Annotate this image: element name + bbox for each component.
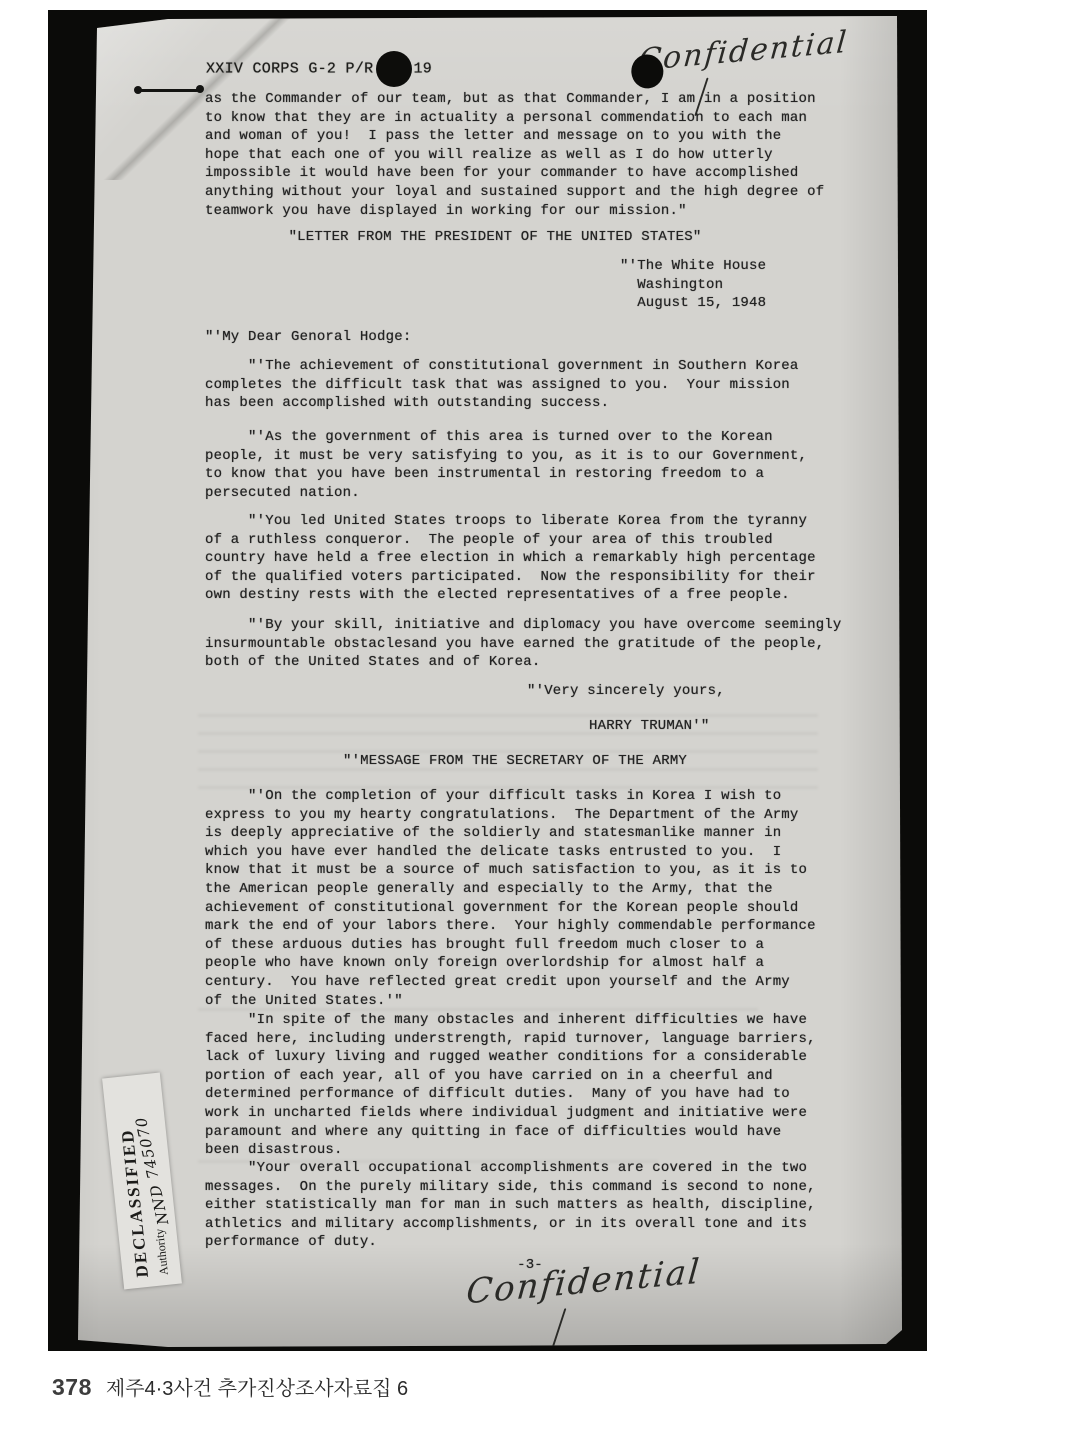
book-page: XXIV CORPS G-2 P/R19 Confidential as the…: [0, 0, 1080, 1439]
paragraph-achievement: "'The achievement of constitutional gove…: [205, 357, 830, 413]
paragraph-liberate: "'You led United States troops to libera…: [205, 512, 830, 605]
paragraph-government: "'As the government of this area is turn…: [205, 428, 830, 502]
salutation: "'My Dear Genoral Hodge:: [205, 328, 605, 347]
redaction-dot-icon: [376, 51, 412, 87]
paragraph-obstacles: "In spite of the many obstacles and inhe…: [205, 1011, 845, 1160]
letterhead-white-house: "'The White House Washington August 15, …: [620, 257, 870, 313]
caption-title: 제주4·3사건 추가진상조사자료집 6: [106, 1378, 408, 1400]
paragraph-skill: "'By your skill, initiative and diplomac…: [205, 616, 845, 672]
closing-line: "'Very sincerely yours,: [527, 682, 787, 701]
document-paper: XXIV CORPS G-2 P/R19 Confidential as the…: [48, 10, 927, 1351]
confidential-handwriting-top: Confidential: [637, 25, 850, 79]
message-heading: "'MESSAGE FROM THE SECRETARY OF THE ARMY: [205, 752, 825, 771]
stamp-authority-label: Authority: [152, 1228, 171, 1276]
paragraph-secretary-message: "'On the completion of your difficult ta…: [205, 787, 845, 1010]
paragraph-accomplishments: "Your overall occupational accomplishmen…: [205, 1159, 845, 1252]
document-scan: XXIV CORPS G-2 P/R19 Confidential as the…: [48, 10, 927, 1351]
confidential-top-text: Confidential: [637, 25, 850, 79]
letter-heading: "LETTER FROM THE PRESIDENT OF THE UNITED…: [205, 228, 785, 247]
header-right-text: 19: [413, 61, 432, 78]
paragraph-continuation: as the Commander of our team, but as tha…: [205, 90, 830, 220]
signature-truman: HARRY TRUMAN'": [589, 717, 809, 736]
declassified-stamp: DECLASSIFIED Authority NND 745070: [102, 1073, 182, 1290]
pen-stroke: [549, 1308, 566, 1351]
caption-page-number: 378: [52, 1374, 92, 1400]
book-caption: 378제주4·3사건 추가진상조사자료집 6: [52, 1372, 952, 1412]
header-left-text: XXIV CORPS G-2 P/R: [206, 61, 373, 78]
document-header: XXIV CORPS G-2 P/R19: [206, 51, 432, 81]
staple-mark-icon: [136, 86, 200, 96]
